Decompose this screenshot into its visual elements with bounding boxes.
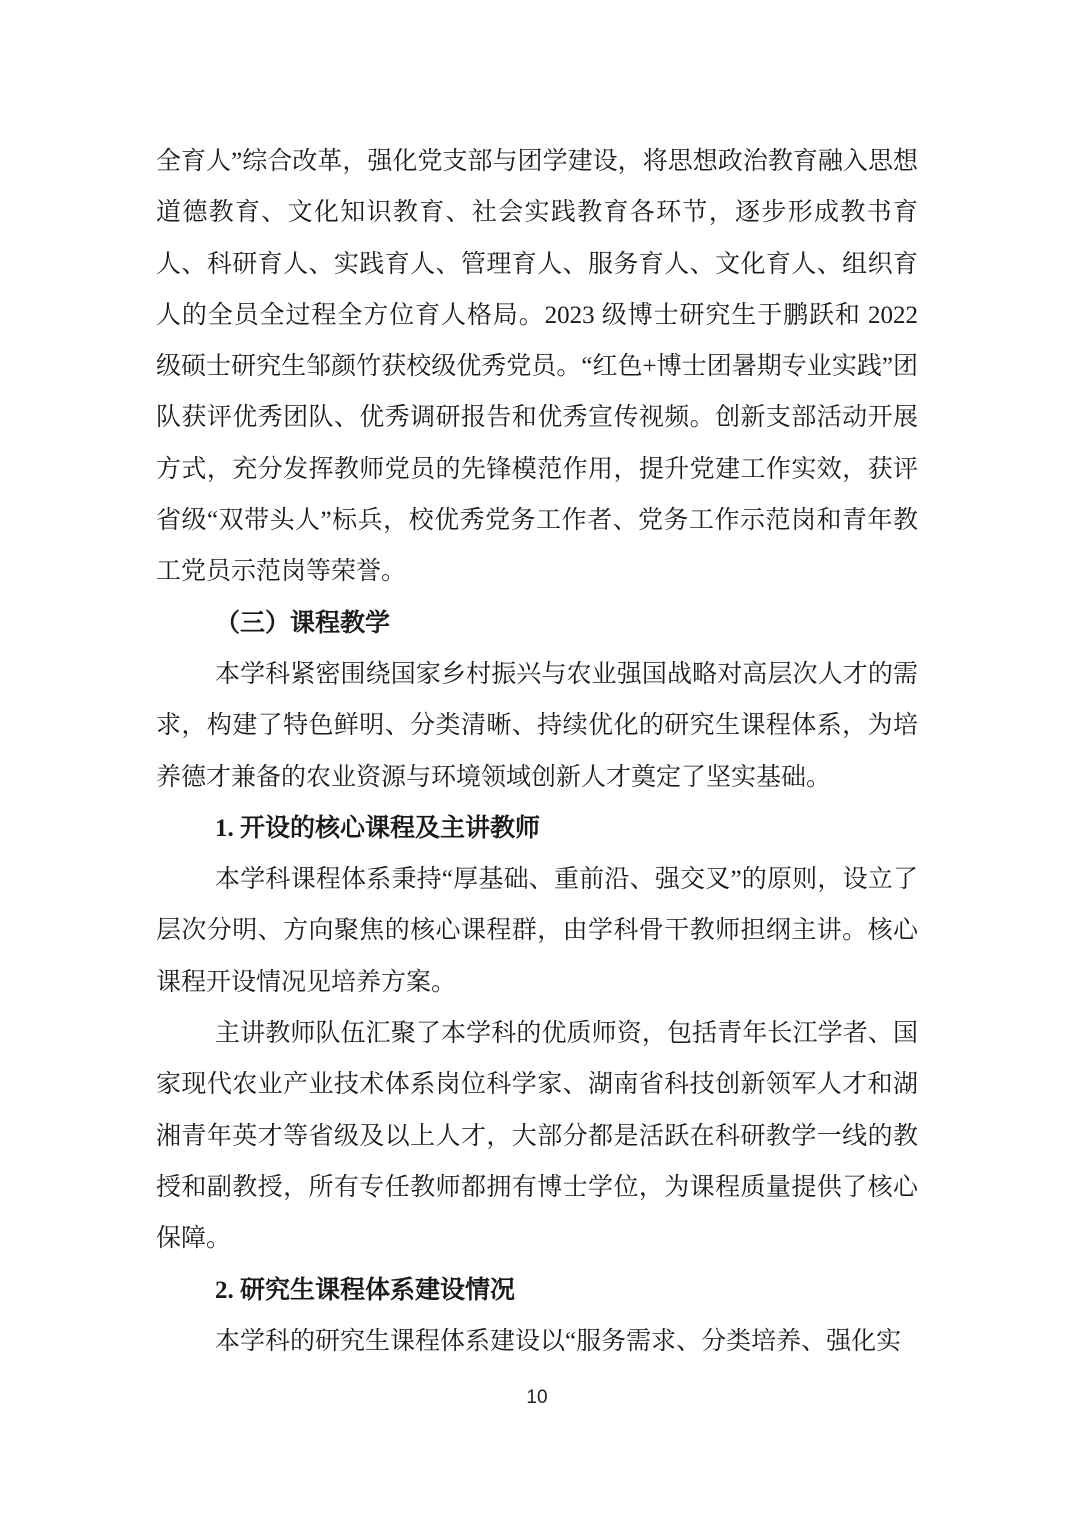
section-heading: 1. 开设的核心课程及主讲教师 [156, 803, 918, 854]
page-number: 10 [526, 1387, 547, 1408]
document-page: 全育人”综合改革，强化党支部与团学建设，将思想政治教育融入思想道德教育、文化知识… [0, 0, 1074, 1520]
body-paragraph: 本学科紧密围绕国家乡村振兴与农业强国战略对高层次人才的需求，构建了特色鲜明、分类… [156, 649, 918, 803]
page-content: 全育人”综合改革，强化党支部与团学建设，将思想政治教育融入思想道德教育、文化知识… [156, 136, 918, 1367]
body-paragraph: 主讲教师队伍汇聚了本学科的优质师资，包括青年长江学者、国家现代农业产业技术体系岗… [156, 1008, 918, 1264]
page-footer: 10 [0, 1386, 1074, 1410]
body-paragraph: 本学科的研究生课程体系建设以“服务需求、分类培养、强化实 [156, 1316, 918, 1367]
body-paragraph: 本学科课程体系秉持“厚基础、重前沿、强交叉”的原则，设立了层次分明、方向聚焦的核… [156, 854, 918, 1008]
body-paragraph: 全育人”综合改革，强化党支部与团学建设，将思想政治教育融入思想道德教育、文化知识… [156, 136, 918, 598]
section-heading: 2. 研究生课程体系建设情况 [156, 1265, 918, 1316]
section-heading: （三）课程教学 [156, 598, 918, 649]
